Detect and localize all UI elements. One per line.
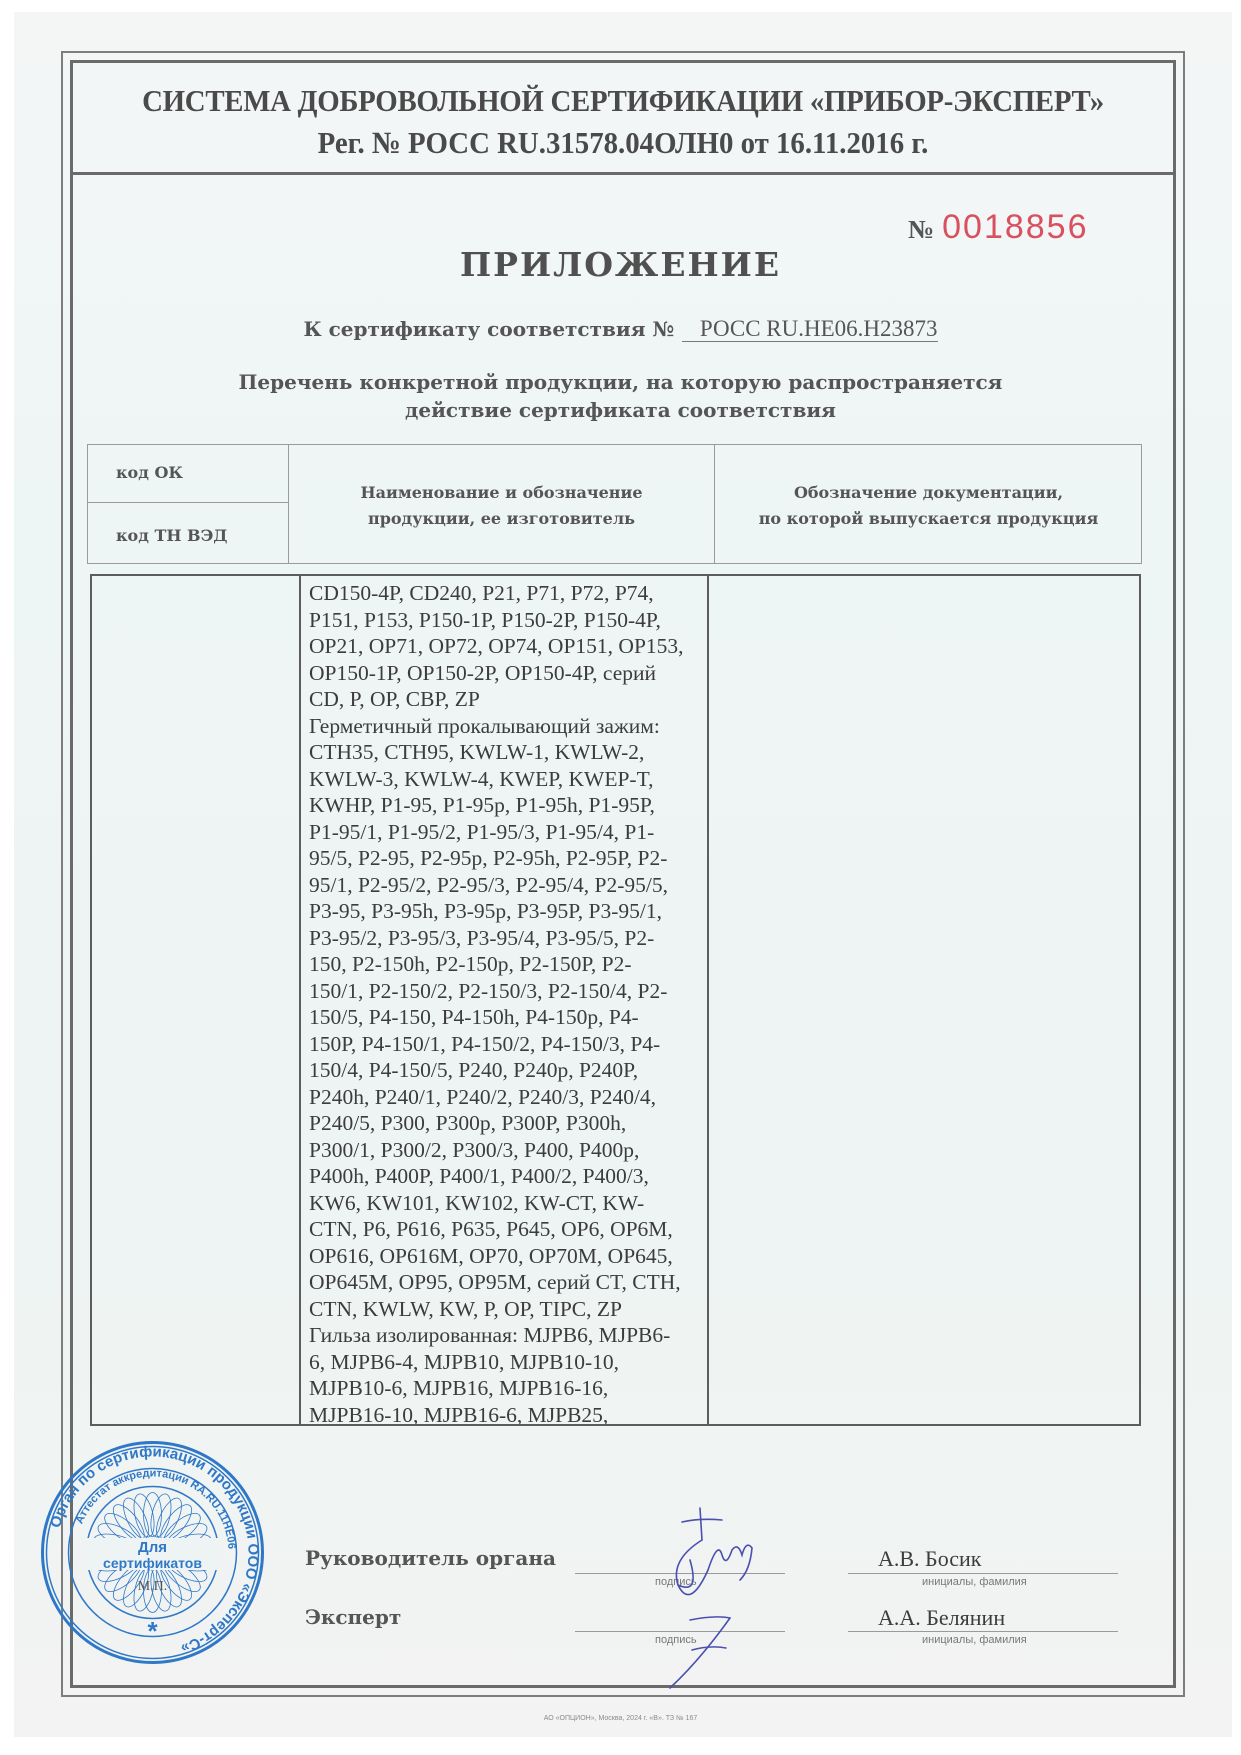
- header-code-ok: код ОК: [88, 445, 288, 503]
- table-row-documentation-cell: [711, 576, 1139, 1424]
- product-line: 6, MJPB6-4, MJPB10, MJPB10-10,: [309, 1349, 701, 1376]
- product-line: 95/5, P2-95, P2-95p, P2-95h, P2-95P, P2-: [309, 845, 701, 872]
- product-line: MJPB16-10, MJPB16-6, MJPB25,: [309, 1402, 701, 1425]
- signature-role: Руководитель органа: [305, 1546, 556, 1570]
- header-documentation: Обозначение документации, по которой вып…: [716, 445, 1141, 563]
- name-caption: инициалы, фамилия: [922, 1634, 1027, 1646]
- signatory-name: А.А. Белянин: [878, 1605, 1005, 1631]
- product-line: P151, P153, P150-1P, P150-2P, P150-4P,: [309, 607, 701, 634]
- product-line: CTN, P6, P616, P635, P645, OP6, OP6M,: [309, 1216, 701, 1243]
- certificate-reference-number: РОСС RU.НЕ06.Н23873: [682, 316, 938, 342]
- product-list-heading: Перечень конкретной продукции, на котору…: [0, 368, 1241, 424]
- form-serial-number: №0018856: [908, 208, 1089, 247]
- name-caption: инициалы, фамилия: [922, 1576, 1027, 1588]
- number-sign: №: [908, 215, 934, 244]
- printer-imprint: АО «ОПЦИОН», Москва, 2024 г. «В». ТЗ № 1…: [0, 1715, 1241, 1722]
- header-product-name-line1: Наименование и обозначение: [289, 480, 714, 506]
- name-line: [848, 1573, 1118, 1574]
- table-row-code-cell: [92, 576, 301, 1424]
- product-line: OP150-1P, OP150-2P, OP150-4P, серий: [309, 660, 701, 687]
- product-line: 150/1, P2-150/2, P2-150/3, P2-150/4, P2-: [309, 978, 701, 1005]
- svg-text:Для: Для: [138, 1539, 167, 1556]
- system-registration: Рег. № РОСС RU.31578.04ОЛН0 от 16.11.201…: [112, 125, 1135, 161]
- official-stamp: Орган по сертификации продукции ООО «Экс…: [40, 1440, 265, 1665]
- product-line: KWHP, P1-95, P1-95p, P1-95h, P1-95P,: [309, 792, 701, 819]
- certificate-reference-label: К сертификату соответствия №: [303, 317, 674, 341]
- product-line: OP645M, OP95, OP95M, серий CT, CTH,: [309, 1269, 701, 1296]
- product-line: 150/4, P4-150/5, P240, P240p, P240P,: [309, 1057, 701, 1084]
- serial-number-value: 0018856: [942, 208, 1088, 246]
- product-line: P1-95/1, P1-95/2, P1-95/3, P1-95/4, P1-: [309, 819, 701, 846]
- product-line: P300/1, P300/2, P300/3, P400, P400p,: [309, 1137, 701, 1164]
- product-line: CTH35, CTH95, KWLW-1, KWLW-2,: [309, 739, 701, 766]
- certification-system-header: СИСТЕМА ДОБРОВОЛЬНОЙ СЕРТИФИКАЦИИ «ПРИБО…: [73, 63, 1173, 175]
- table-row-product-cell: CD150-4P, CD240, P21, P71, P72, P74,P151…: [301, 576, 709, 1424]
- product-line: P3-95, P3-95h, P3-95p, P3-95P, P3-95/1,: [309, 898, 701, 925]
- product-list-heading-line1: Перечень конкретной продукции, на котору…: [0, 368, 1241, 396]
- header-code-column: код ОК код ТН ВЭД: [88, 445, 289, 563]
- header-documentation-line2: по которой выпускается продукция: [716, 506, 1141, 532]
- product-line: P240h, P240/1, P240/2, P240/3, P240/4,: [309, 1084, 701, 1111]
- header-code-tn-ved: код ТН ВЭД: [88, 504, 288, 563]
- product-line: KW6, KW101, KW102, KW-CT, KW-: [309, 1190, 701, 1217]
- certificate-reference: К сертификату соответствия № РОСС RU.НЕ0…: [0, 316, 1241, 342]
- table-header: код ОК код ТН ВЭД Наименование и обознач…: [87, 444, 1142, 564]
- product-line: P3-95/2, P3-95/3, P3-95/4, P3-95/5, P2-: [309, 925, 701, 952]
- product-line: 150P, P4-150/1, P4-150/2, P4-150/3, P4-: [309, 1031, 701, 1058]
- header-product-name: Наименование и обозначение продукции, ее…: [289, 445, 715, 563]
- svg-text:М.П.: М.П.: [138, 1579, 168, 1594]
- product-line: CD, P, OP, CBP, ZP: [309, 686, 701, 713]
- product-line: 150/5, P4-150, P4-150h, P4-150p, P4-: [309, 1004, 701, 1031]
- product-line: P240/5, P300, P300p, P300P, P300h,: [309, 1110, 701, 1137]
- product-line: CTN, KWLW, KW, P, OP, TIPC, ZP: [309, 1296, 701, 1323]
- header-documentation-line1: Обозначение документации,: [716, 480, 1141, 506]
- page-title: ПРИЛОЖЕНИЕ: [0, 245, 1241, 284]
- product-line: MJPB10-6, MJPB16, MJPB16-16,: [309, 1375, 701, 1402]
- name-line: [848, 1631, 1118, 1632]
- svg-text:*: *: [147, 1616, 158, 1646]
- product-line: 95/1, P2-95/2, P2-95/3, P2-95/4, P2-95/5…: [309, 872, 701, 899]
- product-list-heading-line2: действие сертификата соответствия: [0, 396, 1241, 424]
- product-line: 150, P2-150h, P2-150p, P2-150P, P2-: [309, 951, 701, 978]
- product-line: CD150-4P, CD240, P21, P71, P72, P74,: [309, 580, 701, 607]
- product-line: P400h, P400P, P400/1, P400/2, P400/3,: [309, 1163, 701, 1190]
- signatory-name: А.В. Босик: [878, 1546, 981, 1572]
- product-line: Гильза изолированная: MJPB6, MJPB6-: [309, 1322, 701, 1349]
- system-title: СИСТЕМА ДОБРОВОЛЬНОЙ СЕРТИФИКАЦИИ «ПРИБО…: [112, 83, 1135, 119]
- product-line: Герметичный прокалывающий зажим:: [309, 713, 701, 740]
- signature-role: Эксперт: [305, 1605, 401, 1629]
- handwritten-signature-icon: [630, 1500, 790, 1700]
- product-line: OP616, OP616M, OP70, OP70M, OP645,: [309, 1243, 701, 1270]
- product-table: CD150-4P, CD240, P21, P71, P72, P74,P151…: [90, 574, 1141, 1426]
- product-line: OP21, OP71, OP72, OP74, OP151, OP153,: [309, 633, 701, 660]
- header-product-name-line2: продукции, ее изготовитель: [289, 506, 714, 532]
- product-line: KWLW-3, KWLW-4, KWEP, KWEP-T,: [309, 766, 701, 793]
- svg-text:сертификатов: сертификатов: [103, 1555, 202, 1571]
